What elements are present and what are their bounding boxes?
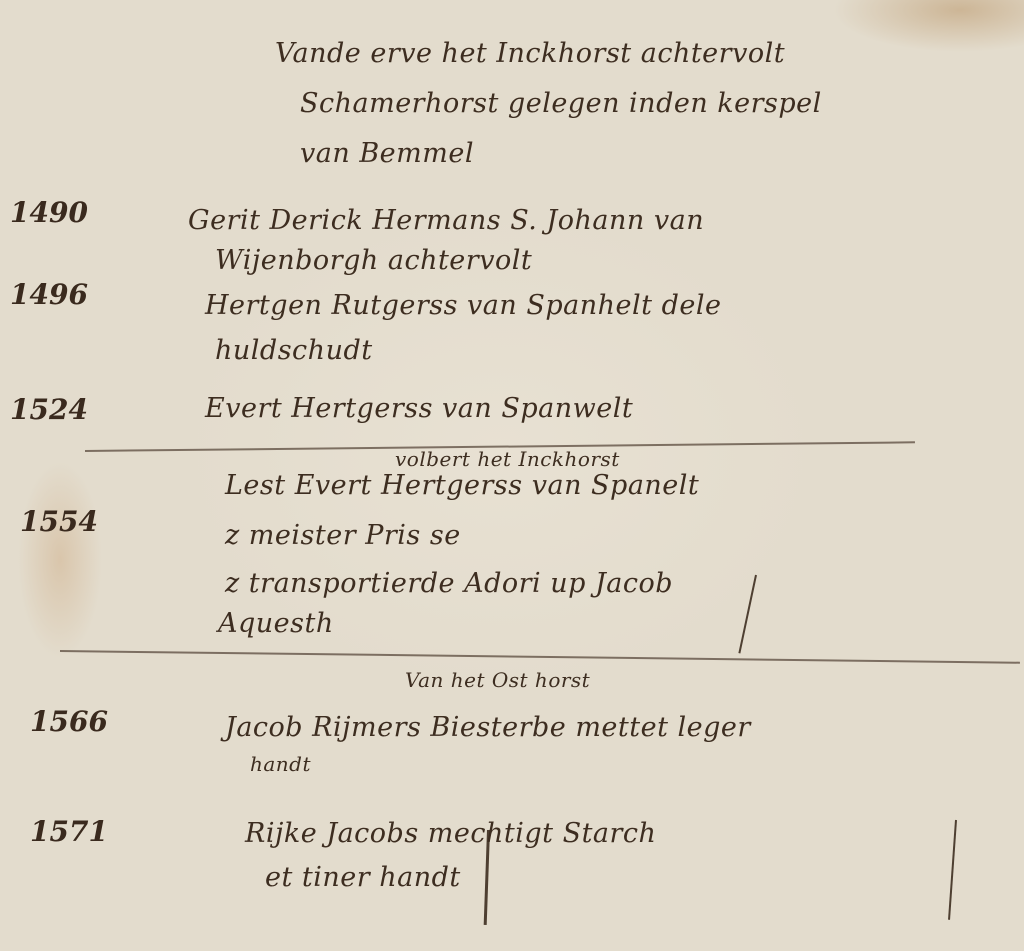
divider-rule [60, 650, 1020, 664]
subheading-1: volbert het Inckhorst [395, 447, 620, 471]
entry-1490-line-1: Gerit Derick Hermans S. Johann van [188, 205, 704, 236]
pen-stroke [738, 575, 757, 654]
subheading-2: Van het Ost horst [405, 668, 590, 692]
header-line-3: van Bemmel [300, 138, 474, 169]
entry-1524-line-1: Evert Hertgerss van Spanwelt [205, 393, 633, 424]
entry-1554-line-1: Lest Evert Hertgerss van Spanelt [225, 470, 699, 501]
header-line-2: Schamerhorst gelegen inden kerspel [300, 88, 822, 119]
entry-1571-line-1: Rijke Jacobs mechtigt Starch [245, 818, 656, 849]
year-1566: 1566 [30, 705, 108, 738]
entry-1490-line-2: Wijenborgh achtervolt [215, 245, 532, 276]
year-1496: 1496 [10, 278, 88, 311]
entry-1554-line-3: z transportierde Adori up Jacob [225, 568, 673, 599]
header-line-1: Vande erve het Inckhorst achtervolt [275, 38, 785, 69]
year-1490: 1490 [10, 196, 88, 229]
year-1571: 1571 [30, 815, 108, 848]
pen-stroke [948, 820, 957, 920]
entry-1566-line-1: Jacob Rijmers Biesterbe mettet leger [225, 712, 751, 743]
entry-1496-line-2: huldschudt [215, 335, 373, 366]
year-1524: 1524 [10, 393, 88, 426]
entry-1554-line-2: z meister Pris se [225, 520, 461, 551]
entry-1571-line-2: et tiner handt [265, 862, 461, 893]
manuscript-page: Vande erve het Inckhorst achtervolt Scha… [0, 0, 1024, 951]
entry-1496-line-1: Hertgen Rutgerss van Spanhelt dele [205, 290, 721, 321]
entry-1566-line-2: handt [250, 752, 311, 776]
entry-1554-line-4: Aquesth [218, 608, 334, 639]
year-1554: 1554 [20, 505, 98, 538]
